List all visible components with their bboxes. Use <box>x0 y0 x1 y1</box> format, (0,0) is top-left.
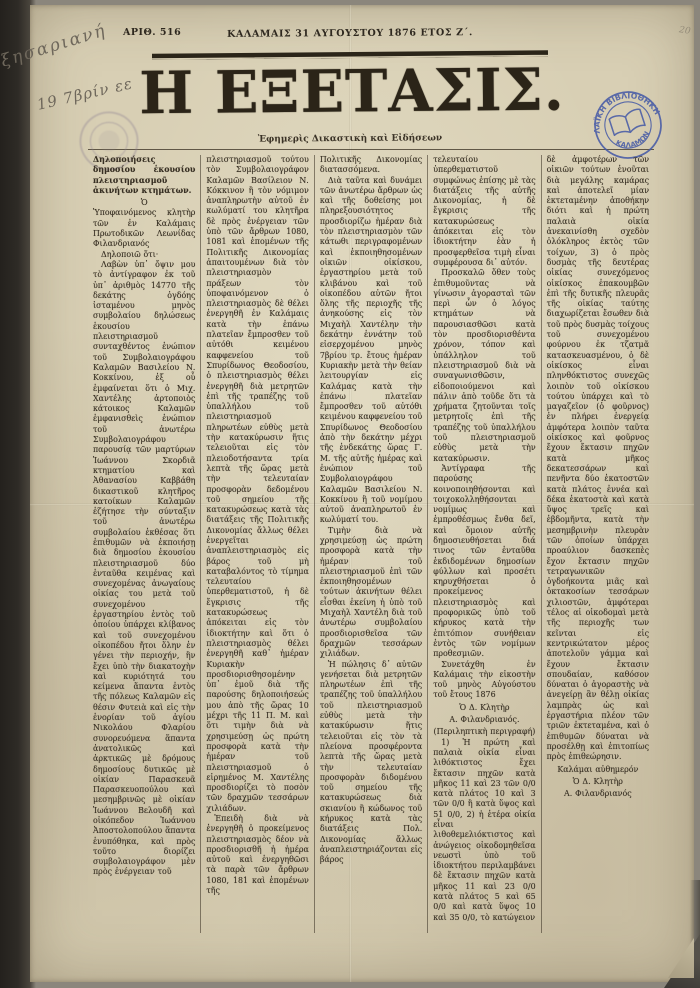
article-column-2: πλειστηριασμοῦ τούτου τὸν Συμβολαιογράφο… <box>201 155 314 933</box>
article-paragraph: (Περιληπτικὴ περιγραφή) <box>433 727 535 737</box>
article-paragraph: Λαβὼν ὑπ᾿ ὄψιν μου τὸ ἀντίγραφον ἐκ τοῦ … <box>93 260 195 878</box>
article-paragraph: Ὁ Δ. Κλητὴρ <box>433 703 535 713</box>
article-body: Δηλοποιήσεις δημοσίου ἑκουσίου πλειστηρι… <box>88 155 654 933</box>
article-paragraph: Ὑποφαινόμενος κλητὴρ τῶν ἐν Καλάμαις Πρω… <box>93 208 195 249</box>
article-paragraph: Προσκαλῶ ὅθεν τοὺς ἐπιθυμοῦντας νὰ γίνωσ… <box>433 268 535 464</box>
article-paragraph: Πολιτικῆς Δικονομίας διατασσόμενα. <box>320 155 422 176</box>
article-paragraph: Α. Φιλανδριανός <box>547 789 649 799</box>
article-column-1: Δηλοποιήσεις δημοσίου ἑκουσίου πλειστηρι… <box>88 155 201 933</box>
article-paragraph: Δηλοποιῶ ὅτι· <box>93 250 195 260</box>
article-paragraph: Α. Φιλανδριανός. <box>433 715 535 725</box>
article-paragraph: Διὰ ταῦτα καὶ δυνάμει τῶν ἀνωτέρω ἄρθρων… <box>320 176 422 526</box>
article-paragraph: Ἡ πώλησις δ᾿ αὐτῶν γενήσεται διὰ μετρητῶ… <box>320 660 422 866</box>
article-paragraph: Ὁ Δ. Κλητὴρ <box>547 777 649 787</box>
article-paragraph: Τιμὴν διὰ νὰ χρησιμεύσῃ ὡς πρώτη προσφορ… <box>320 526 422 660</box>
article-paragraph: Συνετάχθη ἐν Καλάμαις τὴν εἰκοστὴν τοῦ μ… <box>433 660 535 701</box>
header-separator-rule <box>88 149 654 150</box>
article-paragraph: Ἐπειδὴ διὰ νὰ ἐνεργηθῆ ὁ προκείμενος πλε… <box>206 814 308 896</box>
article-paragraph: πλειστηριασμοῦ τούτου τὸν Συμβολαιογράφο… <box>206 155 308 814</box>
article-paragraph: δὲ ἀμφοτέρων τῶν οἰκιῶν τούτων ἑνοῦται δ… <box>547 155 649 763</box>
article-paragraph: Ὁ <box>93 198 195 208</box>
article-paragraph: Καλάμαι αὐθημερόν <box>547 765 649 775</box>
article-paragraph: Ἀντίγραφα τῆς παρούσης κοινοποιηθήσονται… <box>433 464 535 660</box>
newspaper-title: Η ΕΞΕΤΑΣΙΣ. <box>132 55 573 127</box>
article-paragraph: τελευταίου ὑπερθεματιστοῦ συμφώνως ἐπίση… <box>433 155 535 268</box>
article-column-5: δὲ ἀμφοτέρων τῶν οἰκιῶν τούτων ἑνοῦται δ… <box>542 155 654 933</box>
article-column-3: Πολιτικῆς Δικονομίας διατασσόμενα.Διὰ τα… <box>315 155 428 933</box>
article-paragraph: 1) Ἡ πρώτη καὶ παλαιὰ οἰκία εἶναι λιθόκτ… <box>433 738 535 923</box>
handwritten-corner-mark: 20 <box>678 25 691 36</box>
article-paragraph: Δηλοποιήσεις δημοσίου ἑκουσίου πλειστηρι… <box>93 155 195 196</box>
open-book-icon <box>609 108 646 137</box>
newspaper-subtitle: Ἐφημερὶς Δικαστικὴ καὶ Εἰδήσεων <box>200 133 500 145</box>
dateline: ΚΑΛΑΜΑΙΣ 31 ΑΥΓΟΥΣΤΟΥ 1876 ΕΤΟΣ Ζ΄. <box>200 27 500 40</box>
newspaper-scan: Τξησαριανή 19 7βρίν εε 20 ΑΡΙΘ. 516 ΚΑΛΑ… <box>0 0 700 988</box>
article-column-4: τελευταίου ὑπερθεματιστοῦ συμφώνως ἐπίση… <box>428 155 541 933</box>
issue-number: ΑΡΙΘ. 516 <box>123 27 181 38</box>
